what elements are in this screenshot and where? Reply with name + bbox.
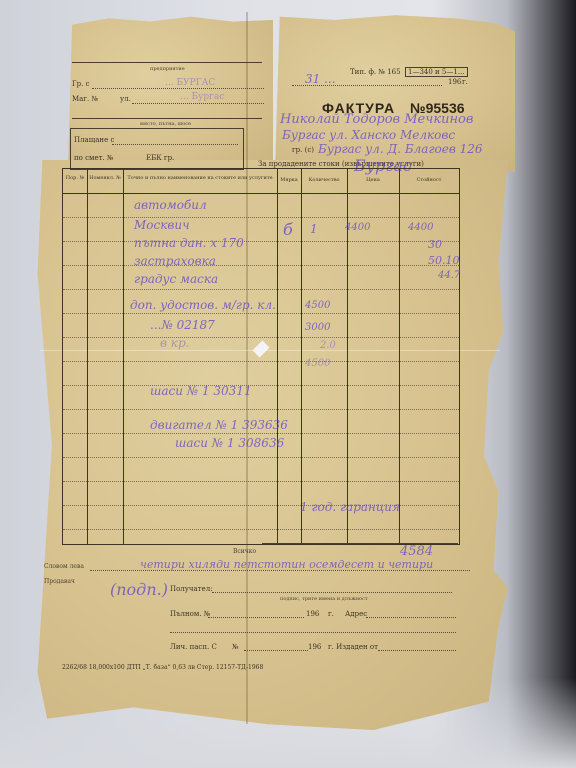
city-stamp: ... БУРГАС (165, 78, 215, 88)
col-header-no: Пор. № (63, 175, 87, 181)
row-line (63, 433, 459, 434)
row-5-value: 44.7 (438, 270, 460, 281)
col-header-price: Цена (347, 177, 399, 183)
row-2-name: Москвич (134, 218, 190, 232)
receiver-field (212, 592, 452, 593)
row-line (63, 289, 459, 290)
row-3-value: 30 (428, 238, 442, 251)
header-divider (63, 193, 459, 194)
street-field (132, 103, 264, 104)
address-label: Адрес (345, 610, 367, 618)
print-code: Тип. ф. № 165 (350, 68, 401, 76)
year-prefix: 196 (448, 78, 461, 86)
address-field (366, 617, 456, 618)
divider (72, 62, 262, 63)
city-prefix: гр. (с) (292, 146, 314, 154)
row-6-price: 4500 (305, 300, 330, 311)
row-7-name: ...№ 02187 (150, 318, 215, 332)
row-11-name: двигател № 1 393636 (150, 418, 288, 432)
col-divider (277, 169, 278, 544)
words-label: Словом лева (44, 563, 84, 570)
seller-label: Продавач (44, 578, 75, 585)
row-line (63, 385, 459, 386)
items-table: Пор. № Номенкл. № Точно и пълно наименов… (62, 168, 460, 545)
issued-label: г. Издаден от (328, 643, 378, 651)
divider (72, 118, 262, 119)
row-8-price: 2.0 (320, 340, 336, 351)
street-label: ул. (120, 95, 131, 103)
row-line (63, 217, 459, 218)
row-8-name: в кр. (160, 336, 189, 350)
col-header-name: Точно и пълно наименование на стоките ил… (127, 175, 273, 181)
row-line (63, 457, 459, 458)
power-label: Пълном. № (170, 610, 210, 618)
print-line: 2262/68 18,000x100 ДТП „Т. база“ 0,63 лв… (62, 664, 263, 671)
street-stamp: ... Бургас (180, 92, 224, 102)
row-2-qty: 1 (310, 222, 318, 236)
row-7-price: 3000 (305, 322, 330, 333)
buyer-name: Николай Тодоров Мечкинов (280, 112, 473, 127)
row-line (63, 265, 459, 266)
power-year: 196 (306, 610, 319, 618)
account-label: по смет. № (74, 154, 114, 162)
receiver-caption: подпис, трите имена и длъжност (280, 596, 368, 602)
row-2-price: 4400 (345, 222, 370, 233)
print-code-box: 1—340 и 5—1... (405, 67, 468, 77)
col-divider (87, 169, 88, 544)
row-10-name: шаси № 1 30311 (150, 384, 252, 398)
row-2-unit: б (283, 220, 293, 239)
passport-no: № (232, 643, 239, 651)
words-value: четири хиляди петстотин осемдесет и чети… (140, 558, 433, 571)
issued-field (378, 650, 456, 651)
passport-field (244, 650, 308, 651)
total-value: 4584 (400, 544, 433, 559)
ebk-label: ЕБК гр. (146, 154, 174, 162)
row-2-value: 4400 (408, 222, 433, 233)
col-divider (301, 169, 302, 544)
payment-label: Плащане с (74, 136, 114, 144)
passport-label: Лич. пасп. С (170, 643, 217, 651)
shop-label: Маг. № (72, 95, 98, 103)
col-header-value: Стойност (399, 177, 459, 183)
supplier-caption: предприятие (150, 66, 185, 72)
city-label: Гр. с (72, 80, 90, 88)
col-divider (399, 169, 400, 544)
payment-field (112, 144, 238, 145)
row-12-name: шаси № 1 308636 (175, 436, 284, 450)
buyer-address-1: Бургас ул. Ханско Мелковс (282, 128, 455, 142)
col-header-unit: Мярка (277, 177, 301, 183)
row-5-name: градус маска (134, 272, 218, 286)
city-field (92, 88, 264, 89)
row-line (63, 529, 459, 530)
handwritten-date: 31 ... (305, 72, 336, 86)
year-unit: г. (462, 78, 468, 86)
row-line (63, 409, 459, 410)
row-3-name: пътна дан. х 170 (134, 236, 244, 250)
col-header-code: Номенкл. № (87, 175, 123, 181)
row-line (63, 361, 459, 362)
col-divider (123, 169, 124, 544)
address-caption: място, пътна, шосе (140, 121, 191, 127)
receiver-label: Получател: (170, 585, 213, 593)
row-line (63, 481, 459, 482)
row-line (63, 337, 459, 338)
passport-year: 196 (308, 643, 321, 651)
row-9-price: 4500 (305, 358, 330, 369)
total-label: Всичко (233, 548, 256, 555)
address-field-2 (170, 632, 456, 633)
payment-box (70, 128, 244, 170)
row-1-name: автомобил (134, 198, 207, 212)
col-header-qty: Количество (301, 177, 347, 183)
row-14-note: 1 год. гаранция (300, 500, 400, 514)
power-field (208, 617, 304, 618)
row-4-name: застраховка (134, 254, 216, 268)
row-line (63, 241, 459, 242)
row-6-name: доп. удостов. м/гр. кл. (130, 298, 276, 312)
power-year-unit: г. (328, 610, 334, 618)
row-4-value: 50.10 (428, 254, 460, 267)
seller-signature: (подп.) (110, 580, 168, 599)
row-line (63, 313, 459, 314)
buyer-address-2: Бургас ул. Д. Благоев 126 (318, 142, 483, 156)
